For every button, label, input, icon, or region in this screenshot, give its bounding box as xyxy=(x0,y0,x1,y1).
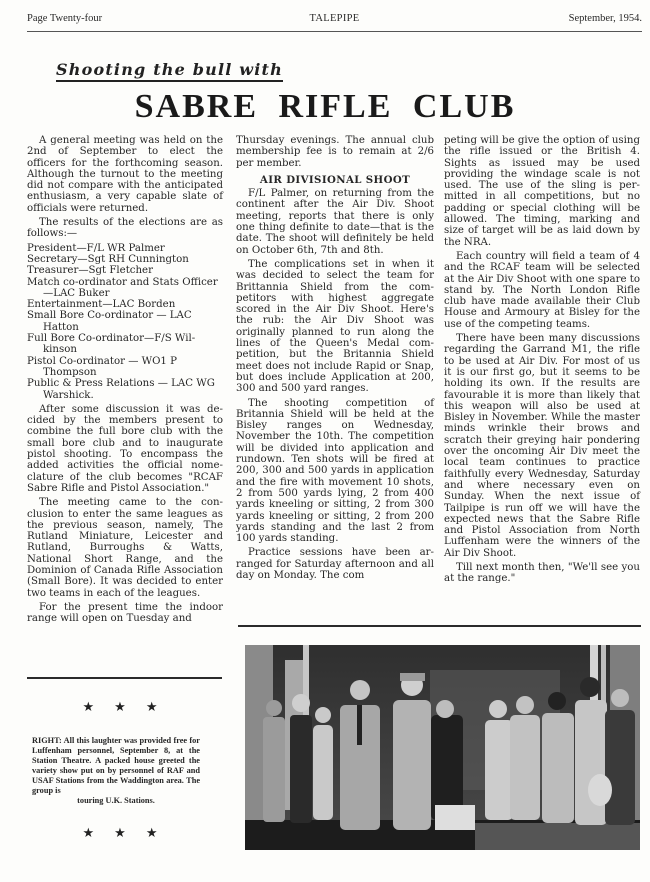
officer-entry: Match co-ordinator and Stats Officer—LAC… xyxy=(27,277,223,300)
officers-list: President—F/L WR Palmer Secretary—Sgt RH… xyxy=(27,243,223,401)
paragraph: The shooting competition of Britannia Sh… xyxy=(236,398,434,545)
article-column-1: A general meeting was held on the 2nd of… xyxy=(27,135,223,627)
officer-entry: Secretary—Sgt RH Cunnington xyxy=(27,254,223,265)
running-head: Page Twenty-four TALEPIPE September, 195… xyxy=(27,13,642,31)
publication-name: TALEPIPE xyxy=(27,13,642,24)
officer-entry: Pistol Co-ordinator — WO1 P Thompson xyxy=(27,356,223,379)
performers-photo-image xyxy=(245,645,640,850)
paragraph: The meeting came to the con­clusion to e… xyxy=(27,497,223,599)
paragraph: Practice sessions have been ar­ranged fo… xyxy=(236,547,434,581)
paragraph: peting will be give the option of using … xyxy=(444,135,640,248)
paragraph: There have been many discus­sions regard… xyxy=(444,333,640,559)
article-headline: SABRE RIFLE CLUB xyxy=(0,88,650,126)
article-column-3: peting will be give the option of using … xyxy=(444,135,640,588)
article-end-rule xyxy=(238,625,641,627)
paragraph: The complications set in when it was dec… xyxy=(236,259,434,395)
paragraph: After some discussion it was de­cided by… xyxy=(27,404,223,494)
officer-entry: Full Bore Co-ordinator—F/S Wil­kinson xyxy=(27,333,223,356)
paragraph: Each country will field a team of 4 and … xyxy=(444,251,640,330)
caption-text-last-line: touring U.K. Stations. xyxy=(32,796,200,806)
article-kicker: Shooting the bull with xyxy=(56,60,283,82)
section-subheading: AIR DIVISIONAL SHOOT xyxy=(236,175,434,186)
officer-entry: President—F/L WR Palmer xyxy=(27,243,223,254)
issue-date: September, 1954. xyxy=(569,13,642,24)
caption-text: RIGHT: All this laughter was provided fr… xyxy=(32,736,200,795)
column-end-rule xyxy=(27,677,222,679)
photo-caption: RIGHT: All this laughter was provided fr… xyxy=(32,736,200,806)
paragraph: Till next month then, "We'll see you at … xyxy=(444,562,640,585)
header-divider xyxy=(27,31,642,32)
article-column-2: Thursday evenings. The annual club membe… xyxy=(236,135,434,584)
paragraph: The results of the elections are as foll… xyxy=(27,217,223,240)
officer-entry: Treasurer—Sgt Fletcher xyxy=(27,265,223,276)
stage-photo xyxy=(245,645,640,850)
officer-entry: Small Bore Co-ordinator — LAC Hatton xyxy=(27,310,223,333)
star-ornament-icon: ★★★ xyxy=(20,700,240,715)
paragraph: A general meeting was held on the 2nd of… xyxy=(27,135,223,214)
officer-entry: Entertainment—LAC Borden xyxy=(27,299,223,310)
paragraph: F/L Palmer, on returning from the contin… xyxy=(236,188,434,256)
officer-entry: Public & Press Relations — LAC WG Warshi… xyxy=(27,378,223,401)
paragraph: For the present time the indoor range wi… xyxy=(27,602,223,625)
star-ornament-icon: ★★★ xyxy=(20,826,240,841)
paragraph: Thursday evenings. The annual club membe… xyxy=(236,135,434,169)
